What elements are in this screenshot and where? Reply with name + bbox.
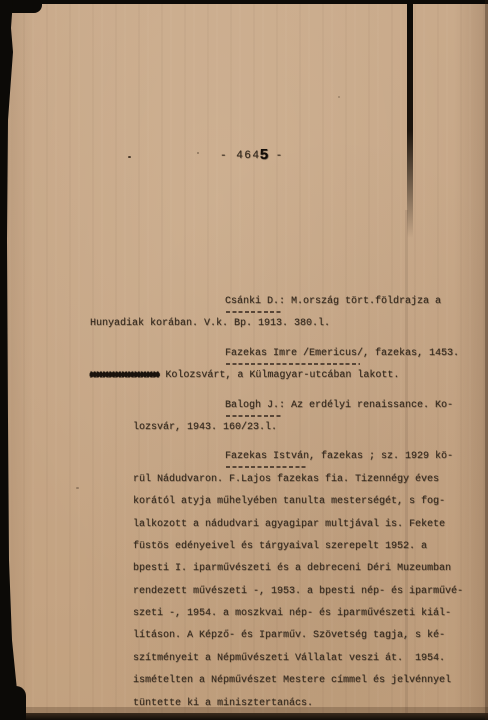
- entry-first-line: Fazekas Imre /Emericus/, fazekas, 1453.: [225, 343, 482, 365]
- page-fold-shadow: [407, 0, 413, 238]
- typed-line: tüntette ki a minisztertanács.: [133, 693, 482, 715]
- typed-line: korától atyja műhelyében tanulta mesters…: [133, 491, 482, 513]
- typed-line: füstös edényeivel és tárgyaival szerepel…: [133, 536, 482, 558]
- typed-line: lozsvár, 1943. 160/23.l.: [133, 417, 482, 439]
- typed-line: lalkozott a nádudvari agyagipar multjáva…: [133, 514, 482, 536]
- entry-heading-rest: Az erdélyi renaissance. Ko-: [285, 400, 453, 411]
- typed-line: szítményeit a Népművészeti Vállalat vesz…: [133, 648, 482, 670]
- typed-line-text: rendezett művészeti -, 1953. a bpesti né…: [133, 586, 463, 597]
- entry-heading: Balogh J.:: [225, 400, 285, 411]
- typed-line-text: szítményeit a Népművészeti Vállalat vesz…: [133, 653, 445, 664]
- typed-line: Hunyadiak korában. V.k. Bp. 1913. 380.l.: [90, 313, 482, 335]
- scan-border-corner-bottom-left: [0, 686, 26, 720]
- typed-line: rendezett művészeti -, 1953. a bpesti né…: [133, 581, 482, 603]
- page-number-suffix: -: [268, 150, 284, 162]
- typed-line-text: tüntette ki a minisztertanács.: [133, 698, 313, 709]
- typed-line-text: korától atyja műhelyében tanulta mesters…: [133, 496, 445, 507]
- typed-line: rül Nádudvaron. F.Lajos fazekas fia. Tiz…: [133, 469, 482, 491]
- entry-heading-rest: , fazekas, 1453.: [363, 348, 459, 359]
- entry-heading-rest: M.ország tört.földrajza a: [285, 296, 441, 307]
- bibliography-entries: Csánki D.: M.ország tört.földrajza aHuny…: [90, 291, 482, 715]
- entry-first-line: Csánki D.: M.ország tört.földrajza a: [225, 291, 482, 313]
- typed-line-text: füstös edényeivel és tárgyaival szerepel…: [133, 541, 427, 552]
- typed-line-text: rül Nádudvaron. F.Lajos fazekas fia. Tiz…: [133, 474, 439, 485]
- typed-line-text: lalkozott a nádudvari agyagipar multjáva…: [133, 519, 445, 530]
- bib-entry: Balogh J.: Az erdélyi renaissance. Ko-lo…: [90, 395, 482, 440]
- page-number-prefix: - 464: [220, 150, 261, 162]
- page-number: - 4645 -: [220, 146, 284, 163]
- typed-line-text: Kolozsvárt, a Külmagyar-utcában lakott.: [159, 370, 399, 381]
- entry-heading: Fazekas István: [225, 451, 309, 462]
- ink-speck: [197, 152, 199, 154]
- page-number-corrected-digit: 5: [260, 147, 269, 164]
- struck-out-text: xxxxxxxxxxx: [90, 370, 159, 381]
- entry-heading: Fazekas Imre /Emericus/: [225, 348, 363, 359]
- entry-heading-rest: , fazekas ; sz. 1929 kö-: [309, 451, 453, 462]
- typed-line: ismételten a Népművészet Mestere címmel …: [133, 670, 482, 692]
- typed-line: szeti -, 1954. a moszkvai nép- és iparmű…: [133, 603, 482, 625]
- ink-speck: [128, 156, 131, 158]
- bib-entry: Fazekas Imre /Emericus/, fazekas, 1453.x…: [90, 343, 482, 388]
- typed-line: bpesti I. iparművészeti és a debreceni D…: [133, 558, 482, 580]
- bib-entry: Fazekas István, fazekas ; sz. 1929 kö-rü…: [90, 446, 482, 715]
- typed-line-text: Hunyadiak korában. V.k. Bp. 1913. 380.l.: [90, 318, 330, 329]
- paper-speck: [76, 487, 79, 489]
- paper-speck: [338, 96, 340, 98]
- typed-line-text: lozsvár, 1943. 160/23.l.: [133, 422, 277, 433]
- typed-line-text: bpesti I. iparművészeti és a debreceni D…: [133, 563, 451, 574]
- scan-border-top: [0, 0, 488, 4]
- typed-line: xxxxxxxxxxx Kolozsvárt, a Külmagyar-utcá…: [90, 365, 482, 387]
- typed-line-text: ismételten a Népművészet Mestere címmel …: [133, 675, 451, 686]
- typed-line: lításon. A Képző- és Iparműv. Szövetség …: [133, 625, 482, 647]
- typed-line-text: szeti -, 1954. a moszkvai nép- és iparmű…: [133, 608, 451, 619]
- bib-entry: Csánki D.: M.ország tört.földrajza aHuny…: [90, 291, 482, 336]
- entry-first-line: Fazekas István, fazekas ; sz. 1929 kö-: [225, 446, 482, 468]
- entry-heading: Csánki D.:: [225, 296, 285, 307]
- typed-line-text: lításon. A Képző- és Iparműv. Szövetség …: [133, 630, 445, 641]
- entry-first-line: Balogh J.: Az erdélyi renaissance. Ko-: [225, 395, 482, 417]
- scanned-document-page: - 4645 - Csánki D.: M.ország tört.földra…: [0, 0, 488, 720]
